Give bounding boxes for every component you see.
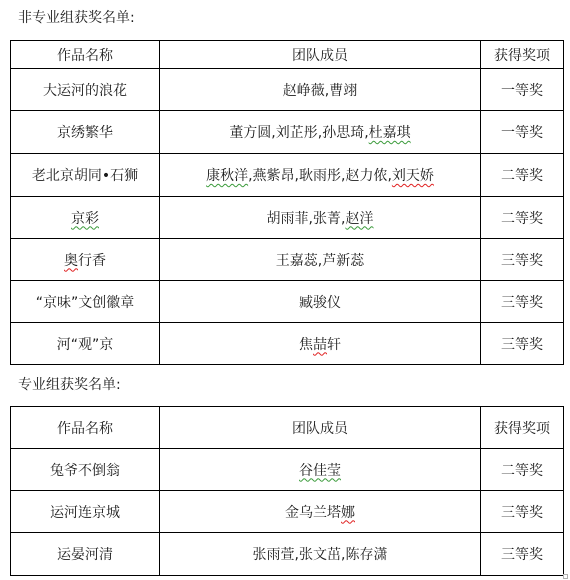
award-cell: 三等奖 — [481, 491, 564, 533]
work-name-text: 行香 — [78, 253, 106, 269]
member-text: 胡雨菲,张菁, — [267, 211, 346, 227]
work-name-cell: “京味”文创徽章 — [11, 281, 160, 323]
work-name-cell: 京绣繁华 — [11, 111, 160, 154]
work-name-cell: 老北京胡同•石狮 — [11, 154, 160, 197]
table-row: 运河连京城 金乌兰塔娜 三等奖 — [11, 491, 564, 533]
award-cell: 二等奖 — [481, 154, 564, 197]
header-work-name: 作品名称 — [11, 407, 160, 449]
team-members-cell: 焦喆轩 — [160, 323, 481, 365]
award-cell: 一等奖 — [481, 111, 564, 154]
member-text: 董方圆,刘芷彤,孙思琦, — [229, 125, 368, 141]
award-cell: 三等奖 — [481, 323, 564, 365]
grammar-flagged-text: 京彩 — [71, 211, 99, 227]
table-row: 兔爷不倒翁 谷佳莹 二等奖 — [11, 449, 564, 491]
table-row: 河“观”京 焦喆轩 三等奖 — [11, 323, 564, 365]
spelling-flagged-text: 奥 — [64, 253, 78, 269]
team-members-cell: 董方圆,刘芷彤,孙思琦,杜嘉琪 — [160, 111, 481, 154]
team-members-cell: 康秋洋,燕紫昂,耿雨彤,赵力侬,刘天娇 — [160, 154, 481, 197]
header-team-members: 团队成员 — [160, 407, 481, 449]
header-award: 获得奖项 — [481, 41, 564, 69]
award-cell: 二等奖 — [481, 197, 564, 239]
award-cell: 三等奖 — [481, 239, 564, 281]
work-name-cell: 大运河的浪花 — [11, 69, 160, 111]
team-members-cell: 金乌兰塔娜 — [160, 491, 481, 533]
work-name-cell: 河“观”京 — [11, 323, 160, 365]
non-professional-title: 非专业组获奖名单: — [18, 9, 135, 27]
team-members-cell: 王嘉蕊,芦新蕊 — [160, 239, 481, 281]
work-name-cell: 运晏河清 — [11, 533, 160, 576]
grammar-flagged-text: 康秋洋 — [206, 168, 248, 184]
work-name-cell: 运河连京城 — [11, 491, 160, 533]
non-professional-table: 作品名称 团队成员 获得奖项 大运河的浪花 赵峥薇,曹翊 一等奖 京绣繁华 董方… — [10, 40, 564, 365]
award-cell: 二等奖 — [481, 449, 564, 491]
table-row: 大运河的浪花 赵峥薇,曹翊 一等奖 — [11, 69, 564, 111]
table-header-row: 作品名称 团队成员 获得奖项 — [11, 41, 564, 69]
grammar-flagged-text: 赵洋 — [345, 211, 373, 227]
header-award: 获得奖项 — [481, 407, 564, 449]
text-boundary-marker — [563, 574, 568, 579]
award-cell: 三等奖 — [481, 533, 564, 576]
table-row: “京味”文创徽章 臧骏仪 三等奖 — [11, 281, 564, 323]
spelling-flagged-text: 娜 — [341, 505, 355, 521]
work-name-cell: 京彩 — [11, 197, 160, 239]
table-row: 京绣繁华 董方圆,刘芷彤,孙思琦,杜嘉琪 一等奖 — [11, 111, 564, 154]
spelling-flagged-text: 刘天娇 — [392, 168, 434, 184]
work-name-cell: 兔爷不倒翁 — [11, 449, 160, 491]
table-row: 京彩 胡雨菲,张菁,赵洋 二等奖 — [11, 197, 564, 239]
professional-table: 作品名称 团队成员 获得奖项 兔爷不倒翁 谷佳莹 二等奖 运河连京城 金乌兰塔娜… — [10, 406, 564, 576]
member-text: 金乌兰塔 — [285, 505, 341, 521]
member-text: 轩 — [327, 337, 341, 353]
member-text: 焦 — [299, 337, 313, 353]
award-cell: 一等奖 — [481, 69, 564, 111]
team-members-cell: 谷佳莹 — [160, 449, 481, 491]
member-text: ,燕紫昂,耿雨彤,赵力侬, — [248, 168, 392, 184]
professional-title: 专业组获奖名单: — [18, 376, 121, 394]
table-header-row: 作品名称 团队成员 获得奖项 — [11, 407, 564, 449]
header-work-name: 作品名称 — [11, 41, 160, 69]
table-row: 奥行香 王嘉蕊,芦新蕊 三等奖 — [11, 239, 564, 281]
table-row: 运晏河清 张雨萱,张文茁,陈存潇 三等奖 — [11, 533, 564, 576]
table-row: 老北京胡同•石狮 康秋洋,燕紫昂,耿雨彤,赵力侬,刘天娇 二等奖 — [11, 154, 564, 197]
team-members-cell: 胡雨菲,张菁,赵洋 — [160, 197, 481, 239]
work-name-cell: 奥行香 — [11, 239, 160, 281]
team-members-cell: 赵峥薇,曹翊 — [160, 69, 481, 111]
team-members-cell: 臧骏仪 — [160, 281, 481, 323]
header-team-members: 团队成员 — [160, 41, 481, 69]
team-members-cell: 张雨萱,张文茁,陈存潇 — [160, 533, 481, 576]
spelling-flagged-text: 喆 — [313, 337, 327, 353]
award-cell: 三等奖 — [481, 281, 564, 323]
grammar-flagged-text: 杜嘉琪 — [369, 125, 411, 141]
grammar-flagged-text: 谷佳莹 — [299, 463, 341, 479]
